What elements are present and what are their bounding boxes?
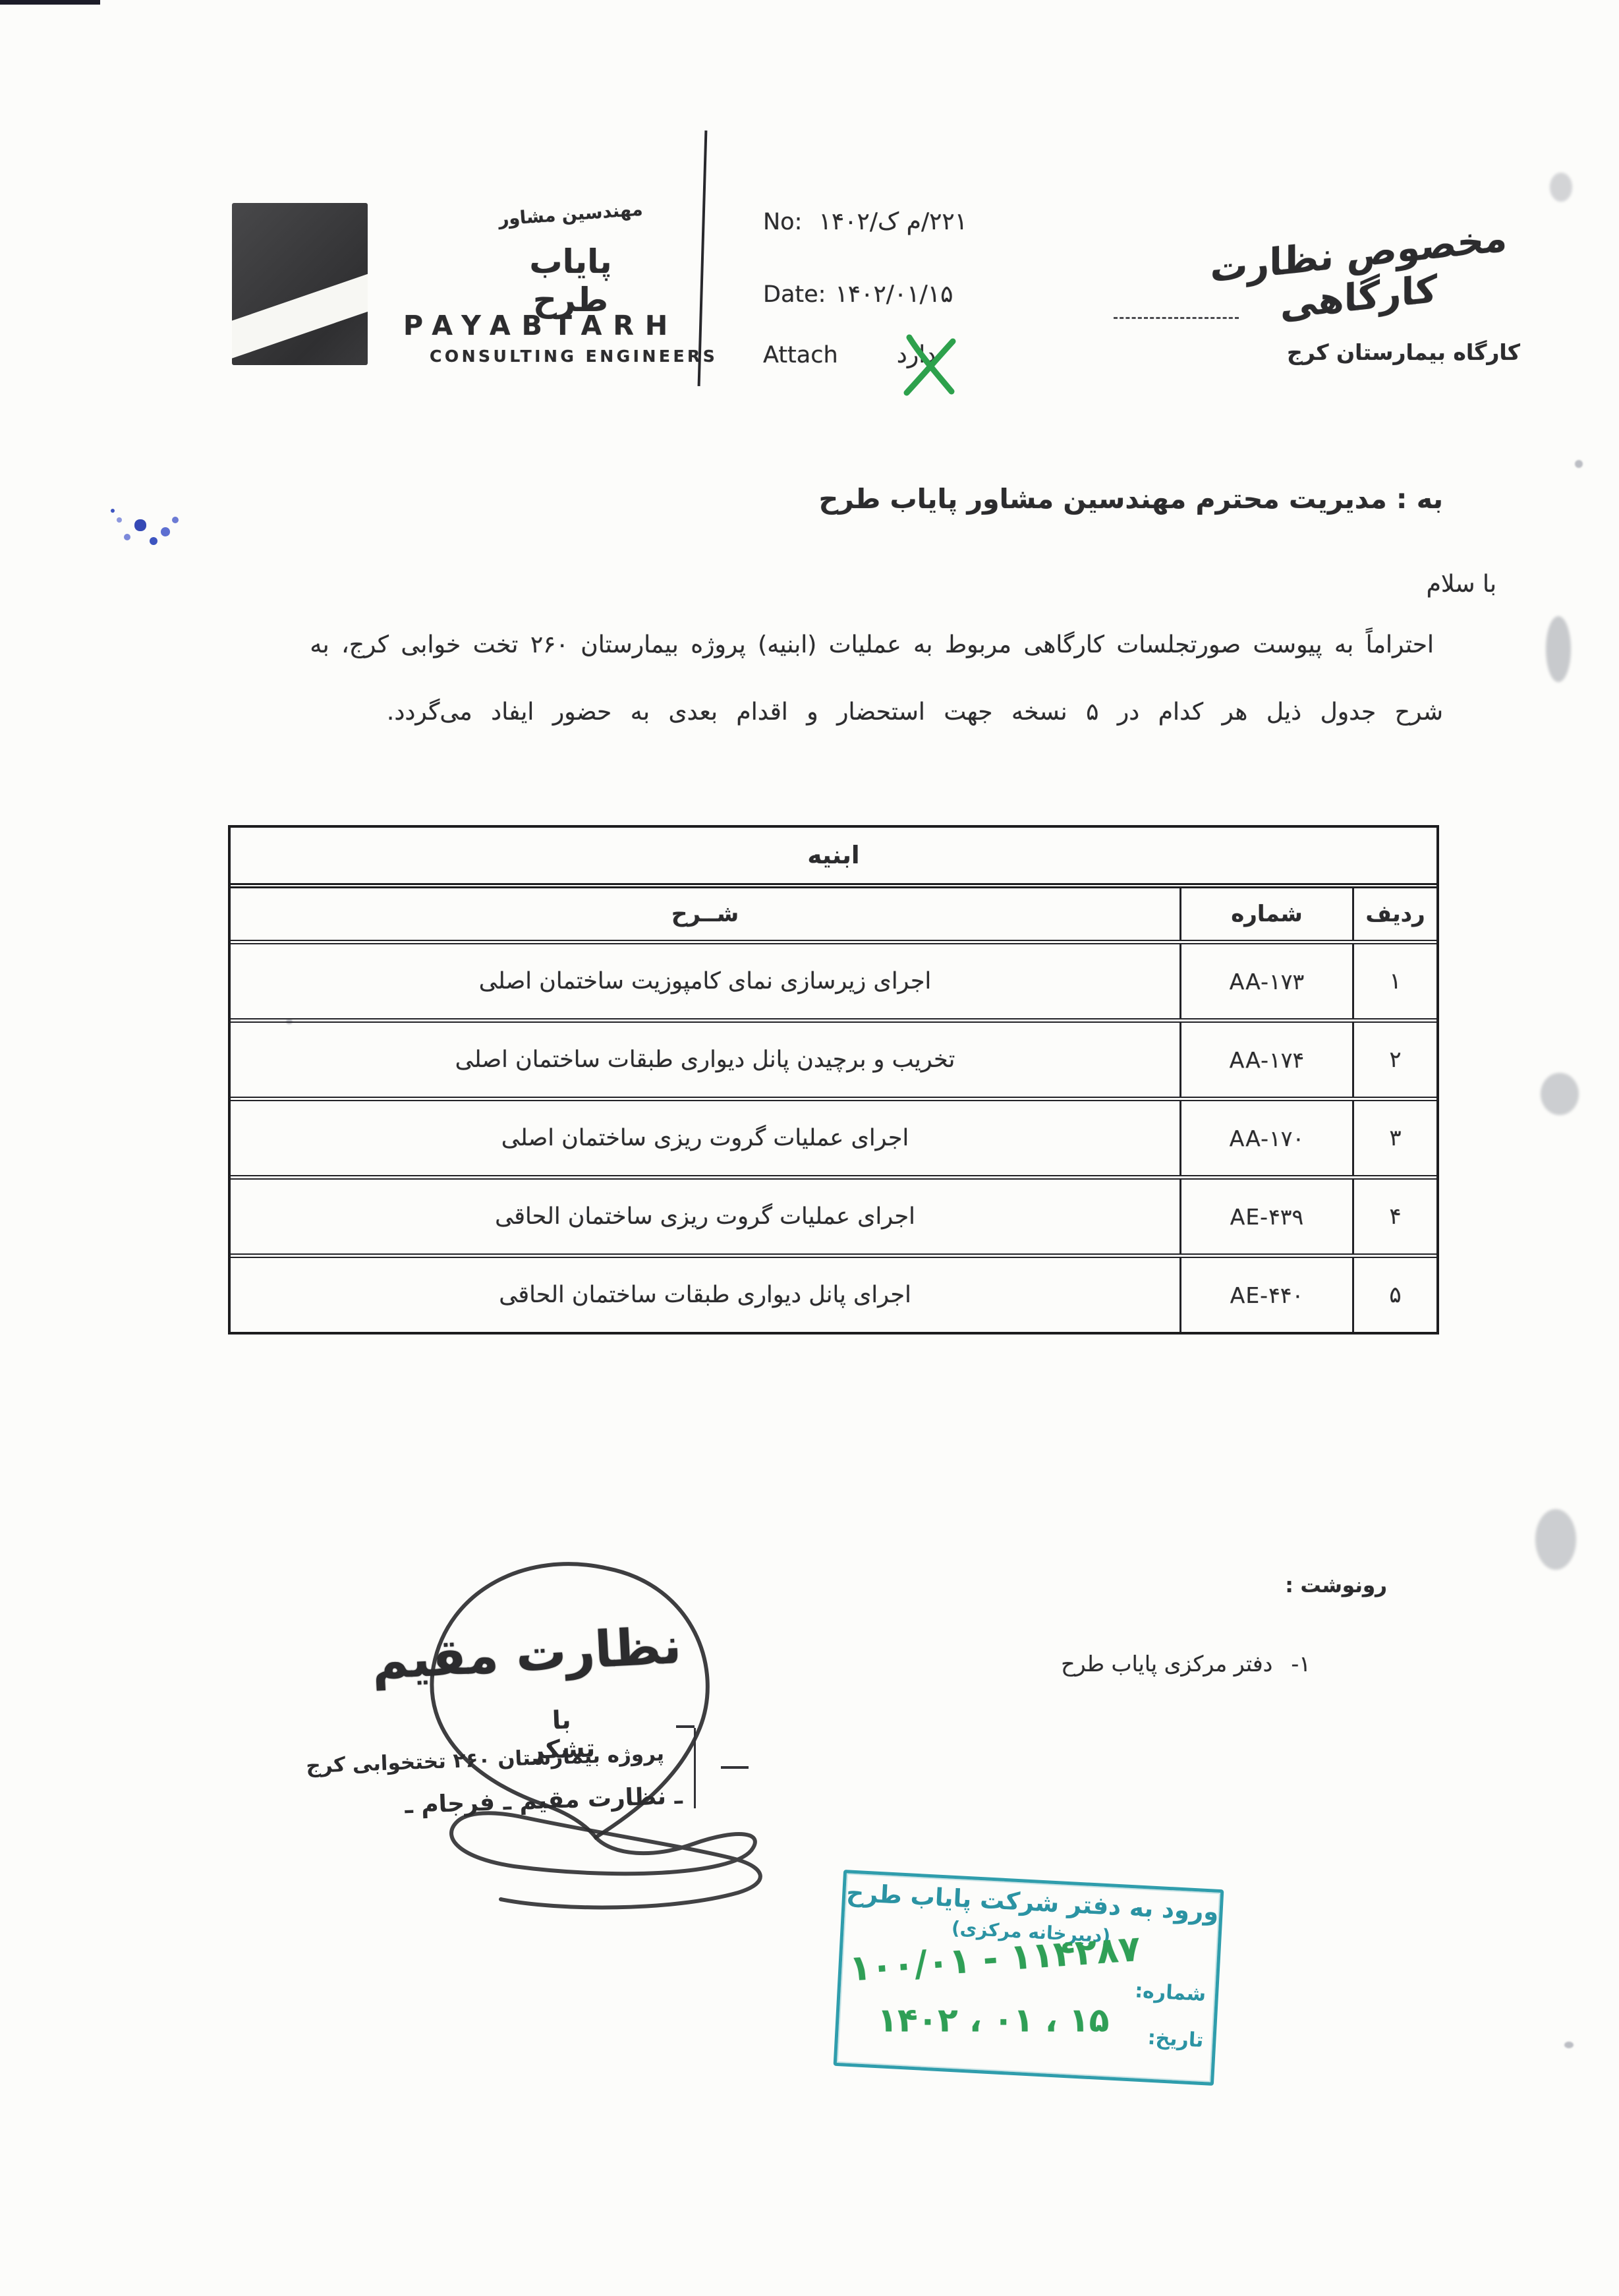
letter-date-value: ۱۴۰۲/۰۱/۱۵ — [835, 281, 953, 308]
scan-smudge — [1550, 173, 1572, 202]
scan-fleck — [1575, 460, 1583, 468]
scan-fleck — [1564, 2042, 1574, 2048]
cc-item-number: ۱- — [1291, 1651, 1311, 1677]
cell-number: AA-۱۷۰ — [1230, 1126, 1304, 1151]
logo-en-subtitle: CONSULTING ENGINEERS — [430, 347, 718, 366]
cell-number: AA-۱۷۴ — [1230, 1047, 1304, 1073]
cell-radif: ۲ — [1352, 1023, 1436, 1097]
body-paragraph-line-1: احتراماً به پیوست صورتجلسات کارگاهی مربو… — [310, 631, 1434, 658]
cell-radif: ۴ — [1352, 1180, 1436, 1253]
logo-fa-tagline: مهندسین مشاور — [484, 198, 658, 231]
cell-description: اجرای زیرسازی نمای کامپوزیت ساختمان اصلی — [231, 944, 1179, 1018]
corner-dotted-underline — [1114, 317, 1239, 319]
scan-edge-bar — [0, 0, 100, 5]
cc-item-text: دفتر مرکزی پایاب طرح — [1061, 1651, 1272, 1677]
stamp-dash-fragment — [721, 1766, 749, 1769]
office-entry-stamp: ورود به دفتر شرکت پایاب طرح (دبیرخانه مر… — [834, 1870, 1224, 2086]
attach-x-mark-icon — [899, 331, 959, 399]
logo-stripe — [232, 266, 368, 362]
corner-subtitle: کارگاه بیمارستان کرج — [1287, 339, 1520, 365]
letter-number-line: No: ۲۲۱/م ک/۱۴۰۲ — [763, 208, 967, 235]
resident-supervision-stamp: نظارت مقیم با تشکر پروژه بیمارستان ۲۶۰ ت… — [395, 1549, 857, 1931]
col-header-description: شــرح — [231, 888, 1179, 940]
table-row: ۵ AE-۴۴۰ اجرای پانل دیواری طبقات ساختمان… — [231, 1258, 1436, 1332]
stamp-edge-fragment — [694, 1728, 696, 1808]
salutation: با سلام — [1427, 571, 1496, 598]
table-header-row: ردیف شماره شــرح — [231, 888, 1436, 944]
letter-number-label: No: — [763, 209, 802, 235]
cell-description: اجرای عملیات گروت ریزی ساختمان اصلی — [231, 1101, 1179, 1175]
corner-calligraphy-title: مخصوص نظارت کارگاهی — [1174, 212, 1545, 339]
table-row: ۲ AA-۱۷۴ تخریب و برچیدن پانل دیواری طبقا… — [231, 1023, 1436, 1101]
cell-description: اجرای عملیات گروت ریزی ساختمان الحاقی — [231, 1180, 1179, 1253]
logo-en-name: PAYABTARH — [403, 310, 679, 341]
letter-date-label: Date: — [763, 281, 826, 308]
cell-description: تخریب و برچیدن پانل دیواری طبقات ساختمان… — [231, 1023, 1179, 1097]
body-paragraph-line-2: شرح جدول ذیل هر کدام در ۵ نسخه جهت استحض… — [387, 699, 1443, 726]
minutes-table: ابنیه ردیف شماره شــرح ۱ AA-۱۷۳ اجرای زی… — [228, 825, 1439, 1335]
stamp-dash-fragment — [676, 1725, 695, 1728]
recipient-line: به : مدیریت محترم مهندسین مشاور پایاب طر… — [819, 483, 1443, 515]
table-row: ۱ AA-۱۷۳ اجرای زیرسازی نمای کامپوزیت ساخ… — [231, 944, 1436, 1023]
col-header-number: شماره — [1179, 888, 1352, 940]
cell-radif: ۵ — [1352, 1258, 1436, 1332]
ink-splatter — [111, 509, 115, 513]
table-row: ۳ AA-۱۷۰ اجرای عملیات گروت ریزی ساختمان … — [231, 1101, 1436, 1180]
scan-smudge — [1546, 616, 1571, 682]
logo-fa-name: پایاب طرح — [486, 243, 655, 319]
table-title: ابنیه — [231, 828, 1436, 888]
entry-date-label: تاریخ: — [1147, 2026, 1204, 2052]
cc-label: رونوشت : — [1285, 1574, 1387, 1597]
attach-label: Attach — [763, 342, 838, 368]
entry-number-label: شماره: — [1134, 1979, 1207, 2006]
letter-number-value: ۲۲۱/م ک/۱۴۰۲ — [819, 208, 968, 235]
cell-number: AE-۴۳۹ — [1230, 1204, 1304, 1230]
cell-description: اجرای پانل دیواری طبقات ساختمان الحاقی — [231, 1258, 1179, 1332]
signature-flourish — [395, 1549, 857, 1931]
cell-radif: ۱ — [1352, 944, 1436, 1018]
col-header-radif: ردیف — [1352, 888, 1436, 940]
letter-date-line: Date:۱۴۰۲/۰۱/۱۵ — [763, 281, 953, 308]
cell-number: AA-۱۷۳ — [1230, 969, 1304, 994]
scan-smudge — [1535, 1509, 1576, 1570]
table-row: ۴ AE-۴۳۹ اجرای عملیات گروت ریزی ساختمان … — [231, 1180, 1436, 1258]
cell-radif: ۳ — [1352, 1101, 1436, 1175]
company-logo — [232, 203, 368, 365]
cell-number: AE-۴۴۰ — [1230, 1282, 1304, 1308]
entry-date-handwritten: ۱۴۰۲ ، ۰۱ ، ۱۵ — [878, 2001, 1110, 2039]
scan-smudge — [1541, 1073, 1579, 1115]
scanned-letter-page: مهندسین مشاور پایاب طرح PAYABTARH CONSUL… — [0, 0, 1619, 2296]
cc-item: ۱-دفتر مرکزی پایاب طرح — [1061, 1651, 1311, 1677]
